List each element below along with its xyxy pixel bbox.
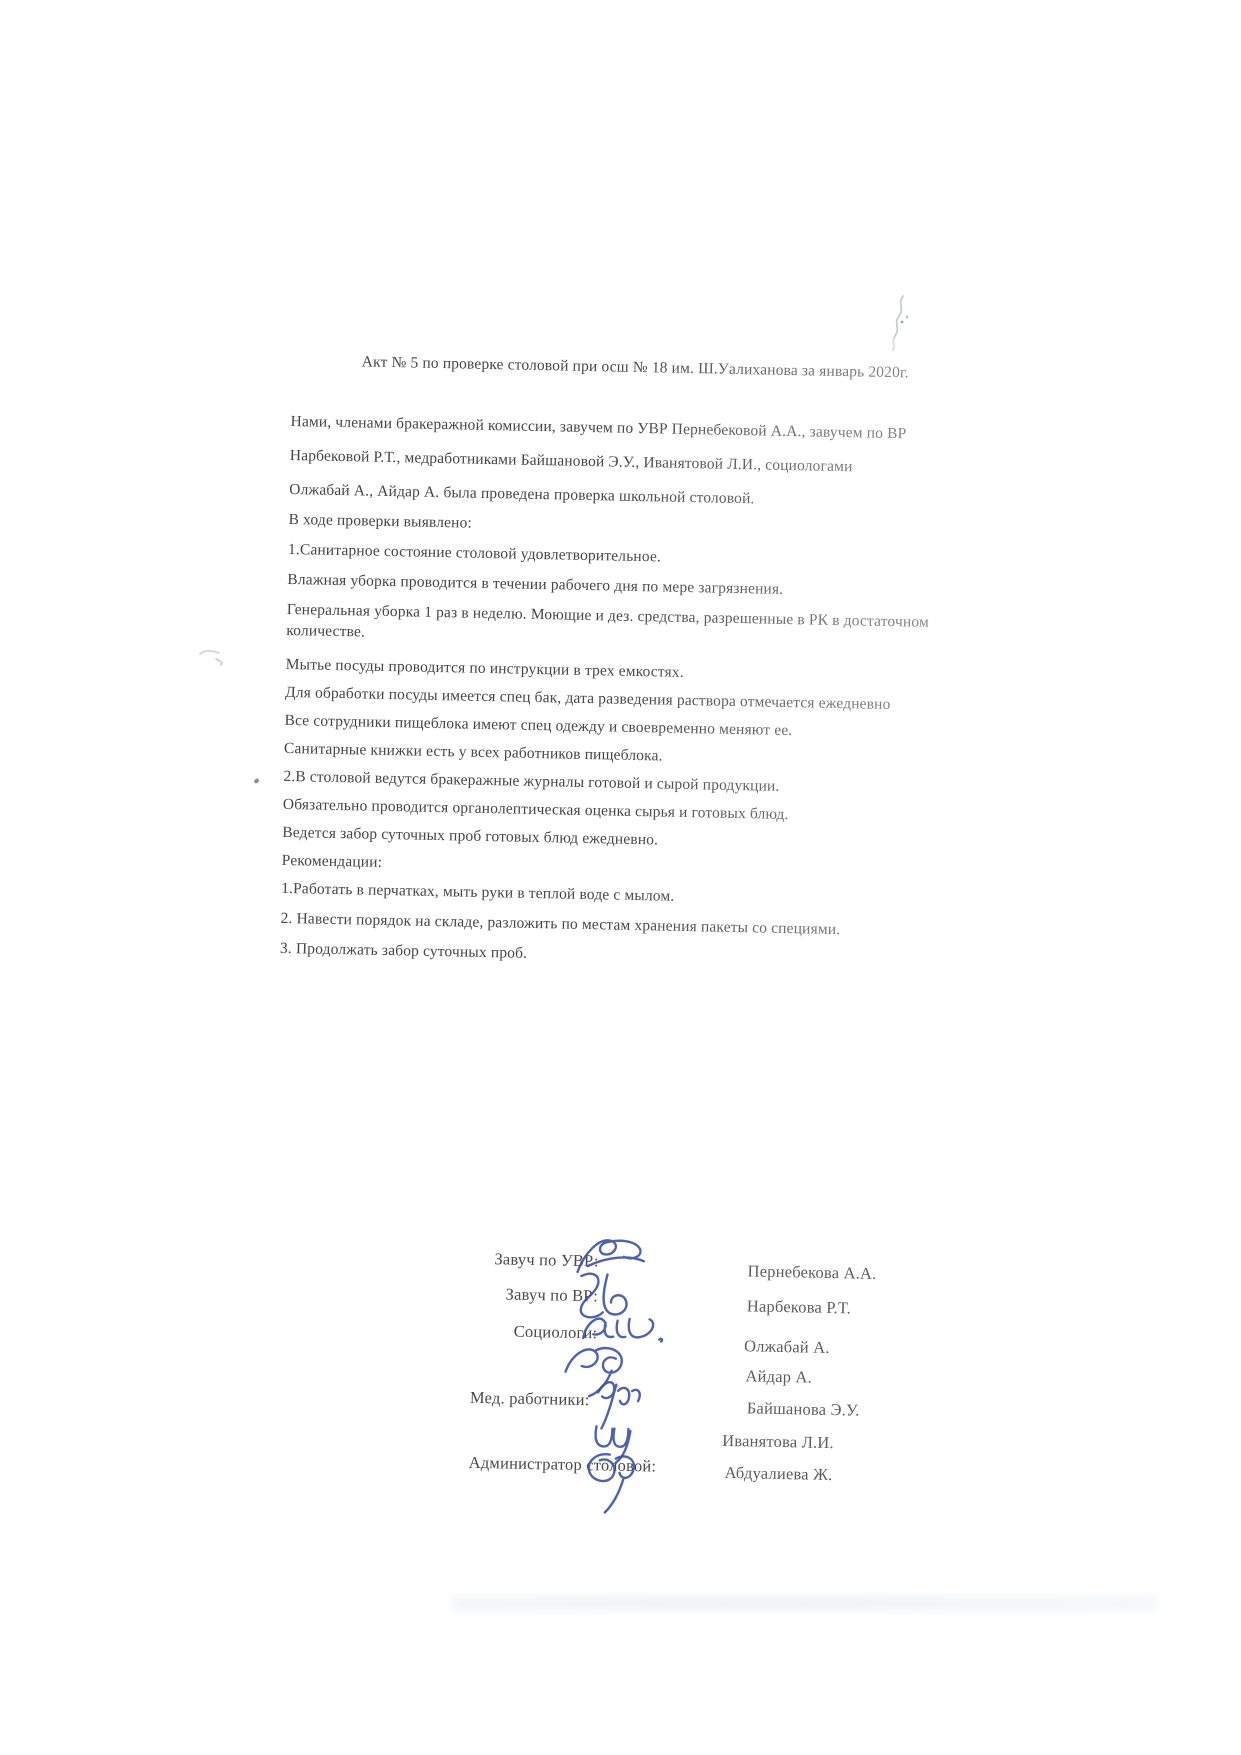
signature-name: Пернебекова А.А. [747,1260,876,1284]
body-line: Мытье посуды проводится по инструкции в … [285,654,933,688]
body-line: Влажная уборка проводится в течении рабо… [287,569,935,603]
body-line: Ведется забор суточных проб готовых блюд… [282,822,930,856]
body-line: 2. Навести порядок на складе, разложить … [280,908,928,942]
signature-name: Абдуалиева Ж. [724,1462,832,1485]
signature-name: Айдар А. [745,1365,812,1387]
document-title: Акт № 5 по проверке столовой при осш № 1… [362,351,940,384]
document-content: Акт № 5 по проверке столовой при осш № 1… [280,350,940,981]
pen-scribble-mark [885,292,915,354]
scan-shadow-band [452,1596,1157,1611]
body-line: Нарбековой Р.Т., медработниками Байшанов… [290,445,938,479]
signature-mark [579,1446,642,1515]
body-line: 2.В столовой ведутся бракеражные журналы… [283,766,931,800]
body-line: 1.Санитарное состояние столовой удовлетв… [288,539,936,573]
body-line: Олжабай А., Айдар А. была проведена пров… [289,479,937,513]
body-line: Нами, членами бракеражной комиссии, заву… [290,411,938,445]
body-line: Все сотрудники пищеблока имеют спец одеж… [284,710,932,744]
body-line: Рекомендации: [282,850,930,884]
signature-role-label: Завуч по ВР: [398,1281,598,1306]
signature-role-label: Социологи: [397,1318,597,1343]
signature-name: Нарбекова Р.Т. [747,1295,851,1318]
signature-role-label: Завуч по УВР: [399,1246,599,1271]
signature-block: Завуч по УВР: Завуч по ВР: Социологи: Ме… [268,1240,934,1553]
signature-name: Иванятова Л.И. [722,1430,834,1453]
body-line: Для обработки посуды имеется спец бак, д… [285,682,933,716]
body-line: Обязательно проводится органолептическая… [283,794,931,828]
body-line: В ходе проверки выявлено: [288,509,936,543]
smudge-mark [196,644,228,670]
body-line: Санитарные книжки есть у всех работников… [284,738,932,772]
scanned-document-page: Акт № 5 по проверке столовой при осш № 1… [0,0,1241,1755]
signature-name: Байшанова Э.У. [747,1397,860,1420]
ink-speck [253,778,259,784]
body-line: 1.Работать в перчатках, мыть руки в тепл… [281,878,929,912]
body-line: Генеральная уборка 1 раз в неделю. Моющи… [286,599,935,654]
signature-name: Олжабай А. [744,1335,830,1358]
body-line: 3. Продолжать забор суточных проб. [280,938,928,972]
